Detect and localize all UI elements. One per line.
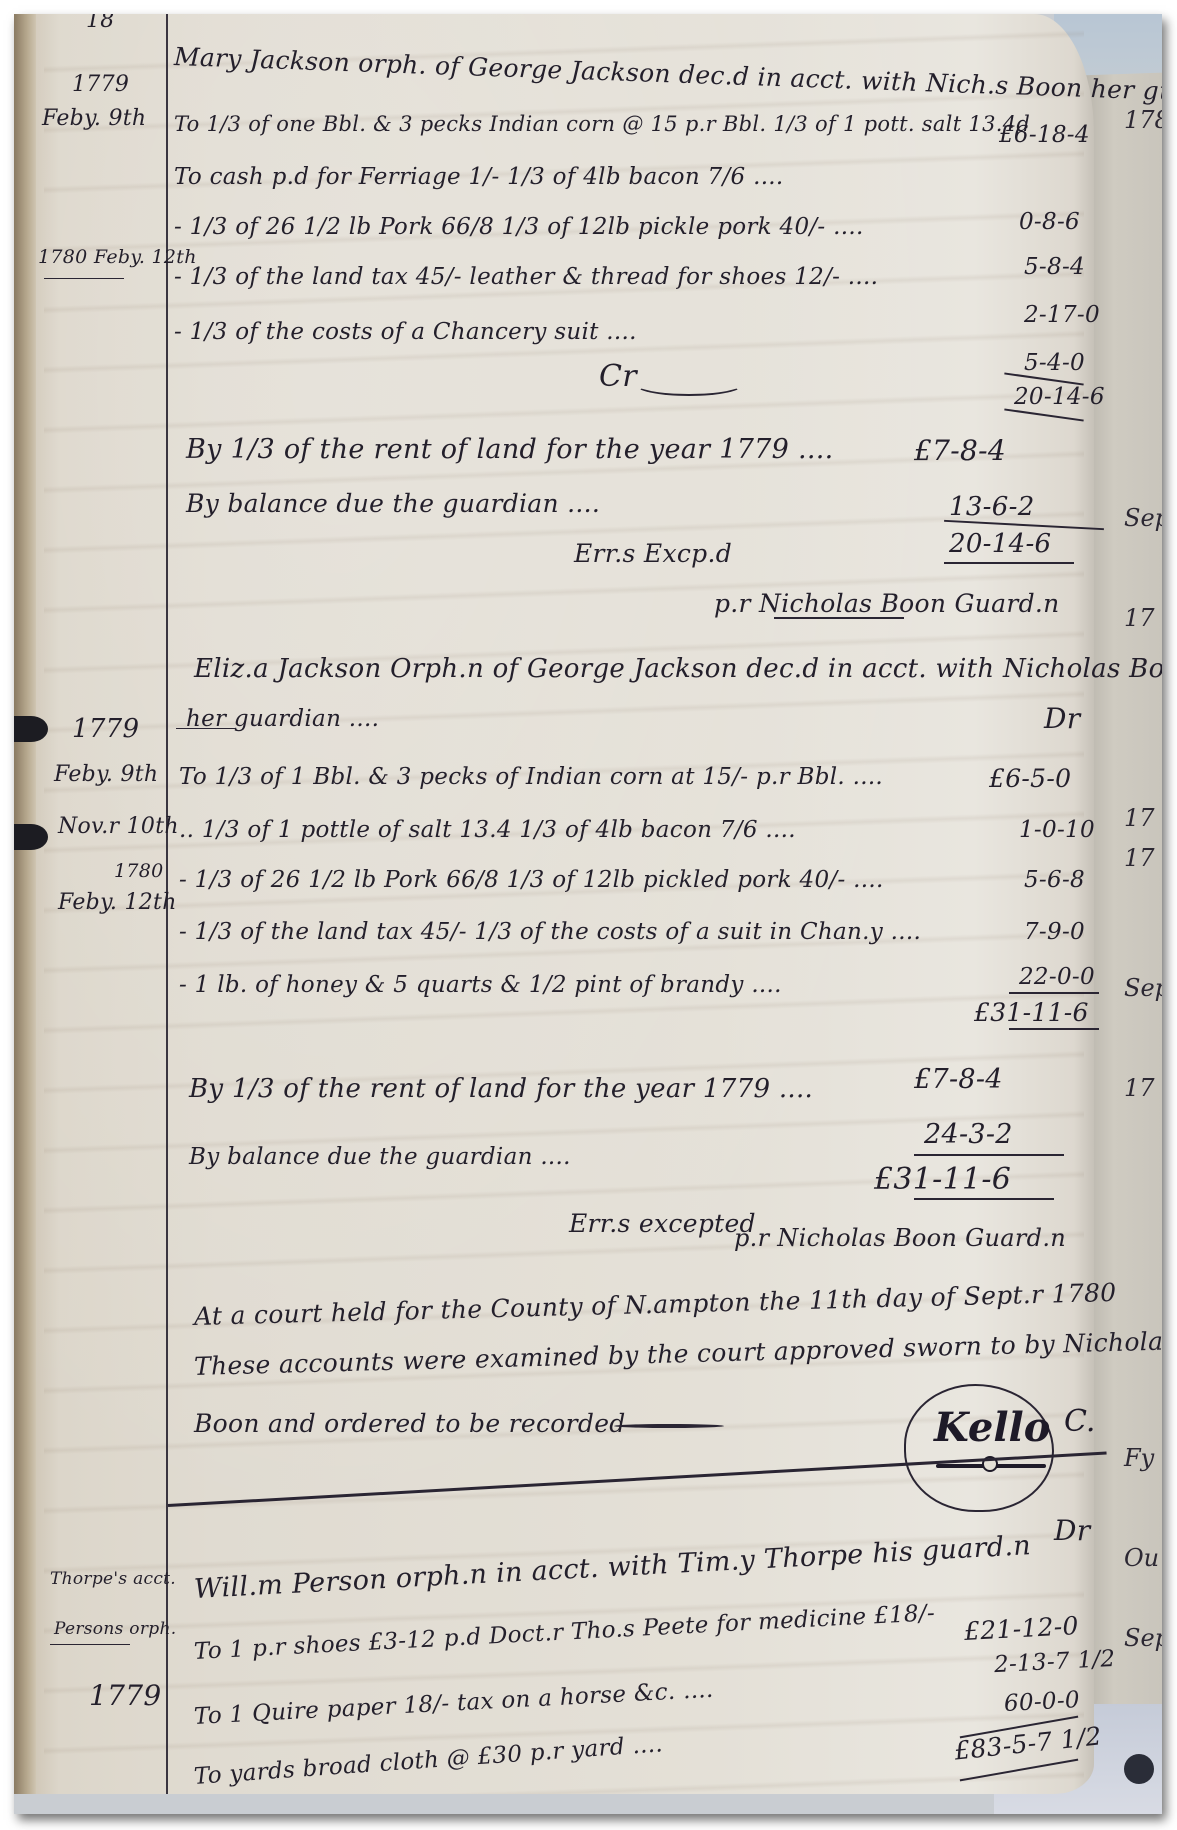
- adjacent-page-note: Sept.r: [1124, 504, 1162, 532]
- entry-text: - 1 lb. of honey & 5 quarts & 1/2 pint o…: [179, 972, 782, 998]
- clerk-title: C.: [1064, 1404, 1095, 1439]
- entry-text: - 1/3 of the land tax 45/- leather & thr…: [174, 264, 878, 290]
- debit-total: £31-11-6: [974, 998, 1089, 1027]
- entry-text: To cash p.d for Ferriage 1/- 1/3 of 4lb …: [174, 164, 784, 190]
- entry-amount: 2-17-0: [1024, 302, 1100, 328]
- total-rule: [1009, 1028, 1099, 1030]
- errors-excepted: Err.s Excp.d: [574, 539, 732, 568]
- adjacent-page-note: Fy Co: [1124, 1444, 1162, 1472]
- margin-year: 1779: [72, 714, 139, 744]
- adjacent-page-note: 17: [1124, 604, 1155, 632]
- entry-amount: 24-3-2: [924, 1119, 1013, 1150]
- entry-amount: 0-8-6: [1019, 209, 1080, 235]
- entry-amount: £21-12-0: [963, 1611, 1079, 1646]
- margin-date: Feby. 9th: [54, 762, 158, 787]
- margin-label: Thorpe's acct.: [50, 1569, 176, 1589]
- margin-date: Feby. 12th: [58, 890, 177, 915]
- credit-marker: Cr: [599, 359, 637, 394]
- credit-total: £31-11-6: [874, 1162, 1011, 1197]
- margin-underline: [44, 278, 124, 279]
- debit-total: 20-14-6: [1014, 384, 1105, 410]
- entry-amount: 5-4-0: [1024, 350, 1085, 376]
- entry-amount: £7-8-4: [914, 434, 1006, 467]
- ledger-photo: 178 Sept.r 17 17 17 Sept 17 Fy Co Ou Sep…: [14, 14, 1162, 1814]
- court-record-line: Boon and ordered to be recorded: [194, 1409, 626, 1438]
- debit-marker: Dr: [1044, 702, 1080, 735]
- flourish-decoration: [634, 372, 744, 396]
- entry-amount: 13-6-2: [949, 492, 1035, 522]
- margin-date: Feby. 9th: [42, 106, 146, 131]
- entry-amount: 7-9-0: [1024, 919, 1085, 945]
- entry-amount: £6-18-4: [999, 122, 1090, 148]
- entry-text: By balance due the guardian ....: [186, 489, 600, 518]
- entry-amount: 60-0-0: [1003, 1687, 1080, 1717]
- adjacent-page-note: 178: [1124, 106, 1162, 134]
- debit-marker: Dr: [1054, 1514, 1090, 1547]
- margin-date: 1780 Feby. 12th: [38, 246, 197, 268]
- binder-clip: [14, 716, 48, 742]
- margin-year: 1779: [72, 72, 129, 97]
- adjacent-page-note: 17: [1124, 844, 1155, 872]
- entry-text: To 1/3 of 1 Bbl. & 3 pecks of Indian cor…: [179, 764, 883, 790]
- flourish-decoration: [614, 1424, 724, 1428]
- total-rule: [1009, 992, 1099, 994]
- entry-text: To 1/3 of one Bbl. & 3 pecks Indian corn…: [174, 112, 1030, 136]
- margin-label: Persons orph.: [54, 1619, 176, 1639]
- entry-amount: £7-8-4: [914, 1064, 1003, 1095]
- total-rule: [914, 1198, 1054, 1200]
- errors-excepted: Err.s excepted: [569, 1209, 756, 1238]
- entry-amount: 22-0-0: [1019, 964, 1095, 990]
- guardian-signature: p.r Nicholas Boon Guard.n: [714, 589, 1060, 618]
- adjacent-page-note: Ou: [1124, 1544, 1159, 1572]
- guardian-signature: p.r Nicholas Boon Guard.n: [734, 1224, 1066, 1252]
- heading-underline: [176, 728, 236, 729]
- entry-amount: £6-5-0: [989, 764, 1071, 793]
- margin-year: 1780: [114, 860, 164, 882]
- margin-underline: [50, 1644, 130, 1645]
- entry-text: - 1/3 of the costs of a Chancery suit ..…: [174, 319, 637, 345]
- entry-text: By 1/3 of the rent of land for the year …: [189, 1074, 813, 1104]
- margin-date: Nov.r 10th: [58, 814, 179, 839]
- book-tack: [1124, 1754, 1154, 1784]
- entry-text: .. 1/3 of 1 pottle of salt 13.4 1/3 of 4…: [179, 817, 796, 843]
- entry-amount: 5-8-4: [1024, 254, 1085, 280]
- adjacent-page-note: Sep: [1124, 1624, 1162, 1652]
- page-gutter: [14, 14, 36, 1794]
- entry-text: By balance due the guardian ....: [189, 1144, 571, 1170]
- account-heading: Eliz.a Jackson Orph.n of George Jackson …: [194, 654, 1162, 684]
- page-number: 18: [86, 14, 115, 33]
- adjacent-page-note: 17: [1124, 804, 1155, 832]
- total-rule: [944, 562, 1074, 564]
- entry-text: - 1/3 of the land tax 45/- 1/3 of the co…: [179, 919, 921, 945]
- credit-total: 20-14-6: [949, 529, 1051, 559]
- adjacent-page-note: Sept: [1124, 974, 1162, 1002]
- adjacent-page-note: 17: [1124, 1074, 1155, 1102]
- total-rule: [914, 1154, 1064, 1156]
- binder-clip: [14, 824, 48, 850]
- entry-amount: 1-0-10: [1019, 817, 1095, 843]
- entry-text: - 1/3 of 26 1/2 lb Pork 66/8 1/3 of 12lb…: [174, 214, 864, 240]
- margin-year: 1779: [89, 1679, 161, 1712]
- entry-amount: 5-6-8: [1024, 867, 1085, 893]
- entry-text: By 1/3 of the rent of land for the year …: [186, 434, 834, 465]
- entry-text: - 1/3 of 26 1/2 lb Pork 66/8 1/3 of 12lb…: [179, 867, 884, 893]
- ledger-page: 18 Mary Jackson orph. of George Jackson …: [14, 14, 1094, 1794]
- signature-underline: [774, 617, 904, 619]
- clerk-signature: Kello: [934, 1404, 1050, 1451]
